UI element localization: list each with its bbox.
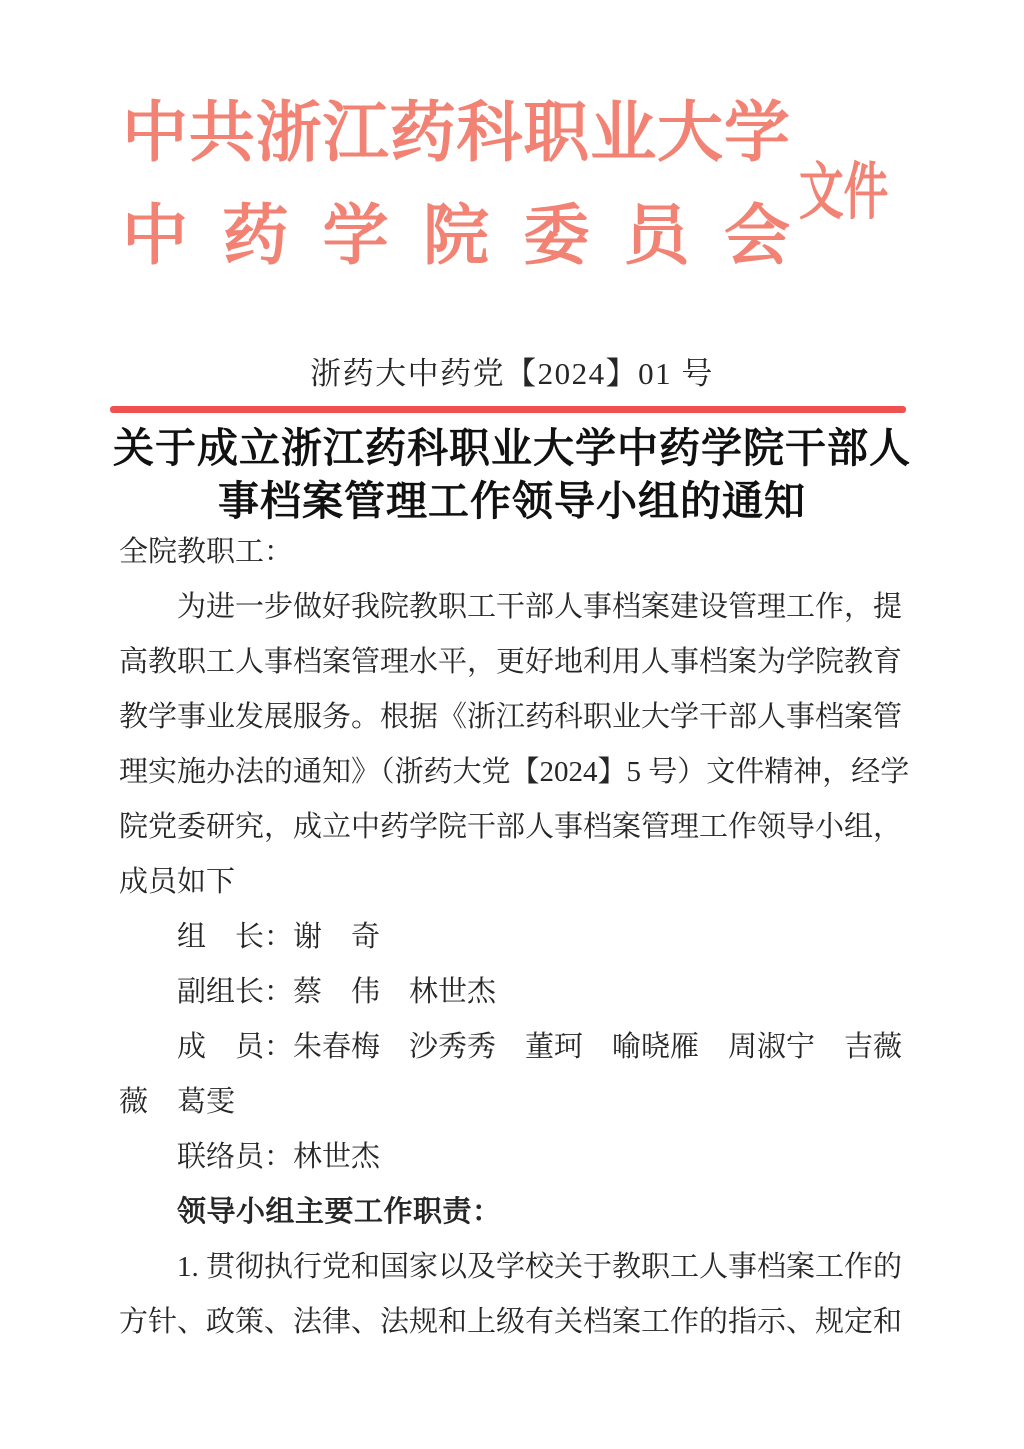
para1-line6: 成员如下 bbox=[119, 855, 909, 910]
para1-line5: 院党委研究，成立中药学院干部人事档案管理工作领导小组， bbox=[119, 800, 909, 855]
document-body: 全院教职工： 为进一步做好我院教职工干部人事档案建设管理工作，提 高教职工人事档… bbox=[119, 525, 909, 1350]
document-page: 中共浙江药科职业大学 中药学院委员会 文件 浙药大中药党【2024】01 号 关… bbox=[0, 0, 1024, 1449]
member-line-members: 成 员：朱春梅 沙秀秀 董珂 喻晓雁 周淑宁 吉薇 bbox=[119, 1020, 909, 1075]
title-line2: 事档案管理工作领导小组的通知 bbox=[0, 475, 1024, 528]
org-name-line1: 中共浙江药科职业大学 bbox=[122, 82, 790, 185]
duties-heading: 领导小组主要工作职责： bbox=[119, 1185, 909, 1240]
duty-line2: 方针、政策、法律、法规和上级有关档案工作的指示、规定和 bbox=[119, 1295, 909, 1350]
member-line-deputy: 副组长：蔡 伟 林世杰 bbox=[119, 965, 909, 1020]
org-name-line2: 中药学院委员会 bbox=[122, 185, 790, 288]
para1-line2: 高教职工人事档案管理水平，更好地利用人事档案为学院教育 bbox=[119, 635, 909, 690]
duty-line1: 1. 贯彻执行党和国家以及学校关于教职工人事档案工作的 bbox=[119, 1240, 909, 1295]
doc-type-label: 文件 bbox=[799, 162, 888, 224]
title-line1: 关于成立浙江药科职业大学中药学院干部人 bbox=[0, 422, 1024, 475]
para1-line4: 理实施办法的通知》（浙药大党【2024】5 号）文件精神，经学 bbox=[119, 745, 909, 800]
document-title: 关于成立浙江药科职业大学中药学院干部人 事档案管理工作领导小组的通知 bbox=[0, 422, 1024, 528]
member-line-liaison: 联络员：林世杰 bbox=[119, 1130, 909, 1185]
member-line-leader: 组 长：谢 奇 bbox=[119, 910, 909, 965]
red-divider-line bbox=[110, 406, 906, 413]
doc-number: 浙药大中药党【2024】01 号 bbox=[0, 352, 1024, 396]
para1-line1: 为进一步做好我院教职工干部人事档案建设管理工作，提 bbox=[119, 580, 909, 635]
salutation: 全院教职工： bbox=[119, 525, 909, 580]
member-line-members-wrap: 薇 葛雯 bbox=[119, 1075, 909, 1130]
letterhead: 中共浙江药科职业大学 中药学院委员会 bbox=[122, 82, 790, 288]
para1-line3: 教学事业发展服务。根据《浙江药科职业大学干部人事档案管 bbox=[119, 690, 909, 745]
